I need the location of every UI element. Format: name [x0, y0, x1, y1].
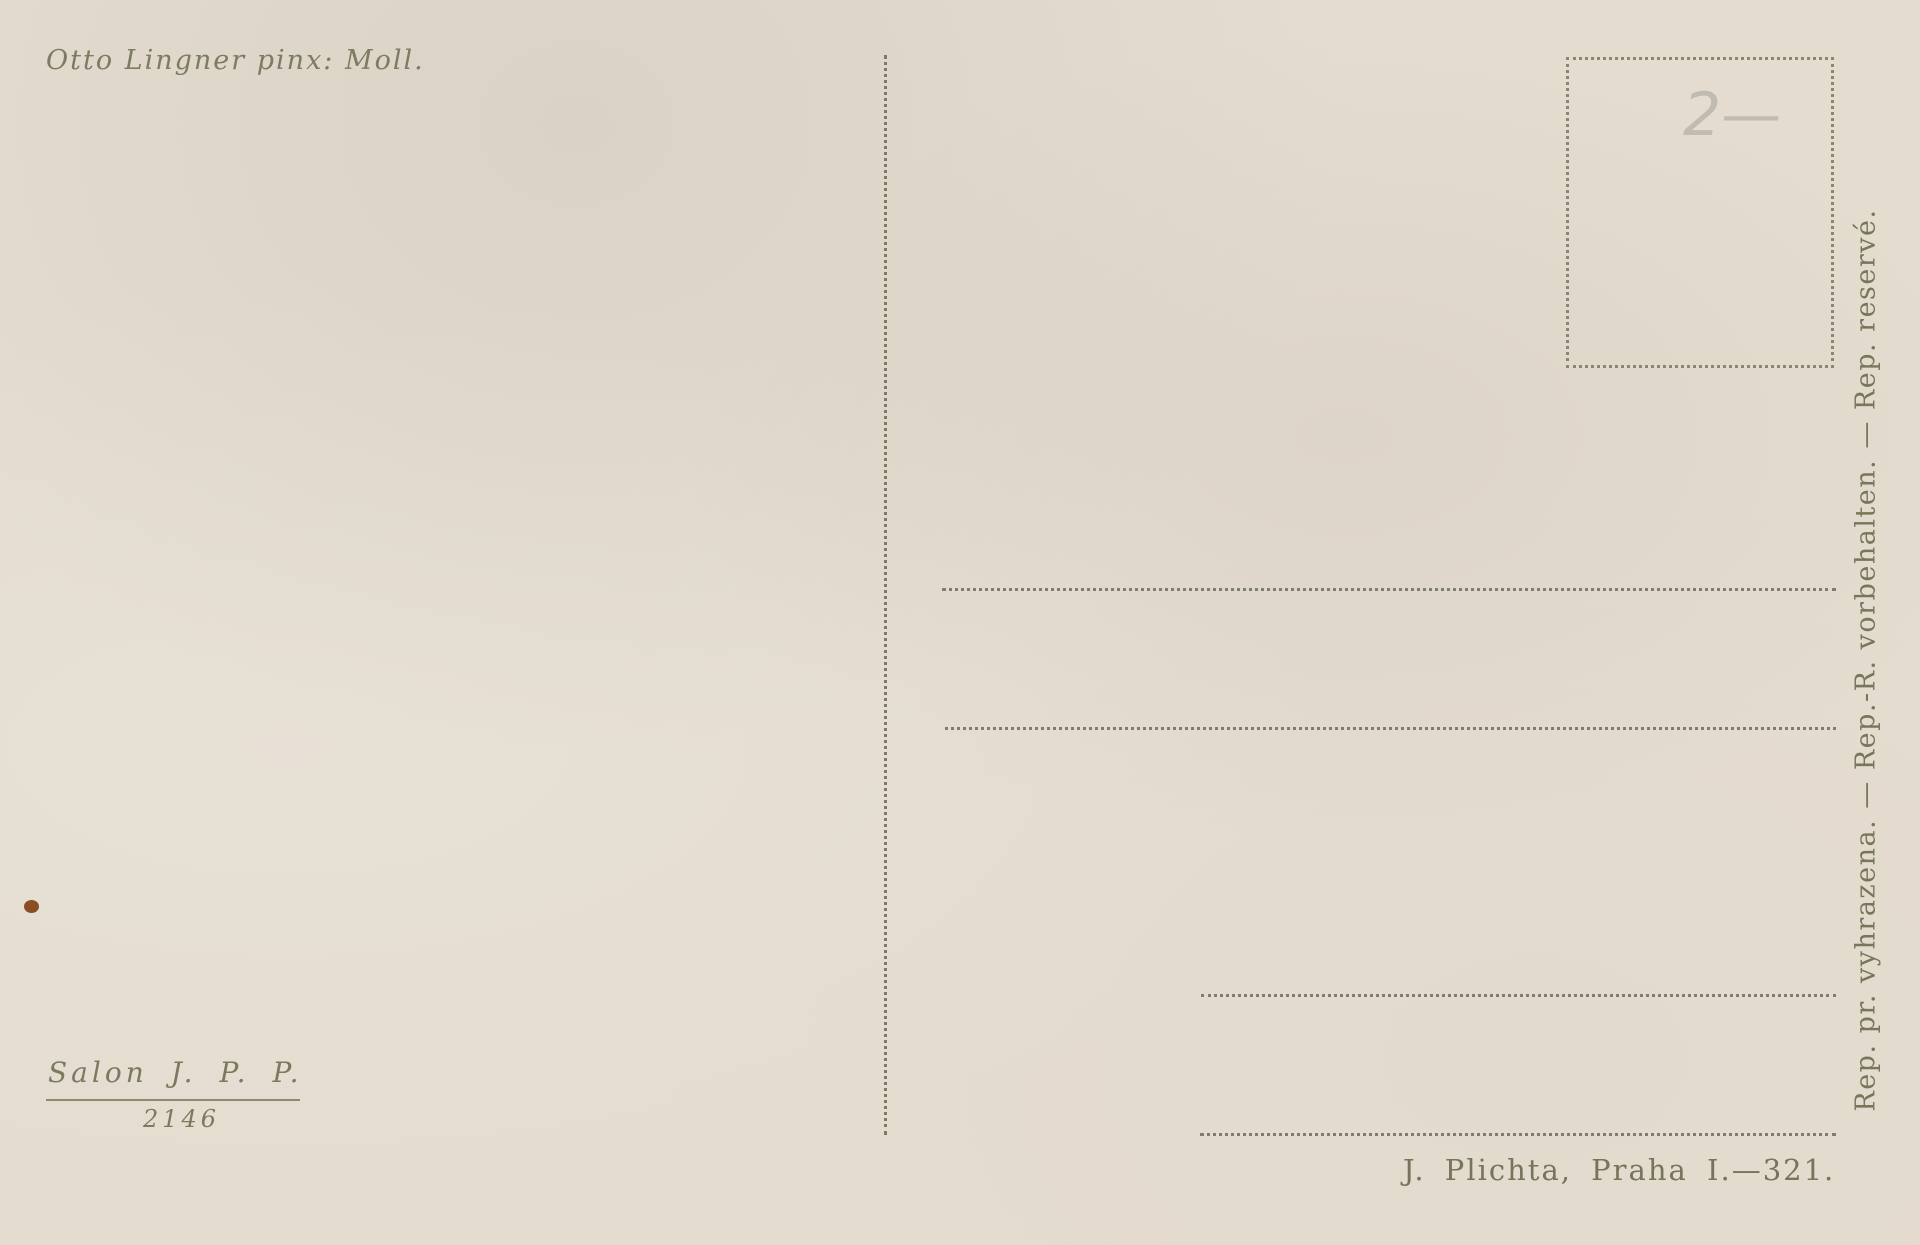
- address-line-1: [942, 588, 1836, 591]
- message-address-divider: [884, 55, 887, 1135]
- pencil-mark: 2—: [1683, 80, 1781, 150]
- series-number: 2146: [143, 1105, 220, 1133]
- artist-credit: Otto Lingner pinx: Moll.: [46, 45, 425, 76]
- rights-notice: Rep. pr. vyhrazena. — Rep.-R. vorbehalte…: [1851, 208, 1882, 1111]
- address-line-4: [1200, 1133, 1836, 1136]
- series-label: Salon J. P. P.: [48, 1056, 303, 1089]
- address-line-2: [945, 727, 1836, 730]
- postcard-back: Otto Lingner pinx: Moll. 2— Rep. pr. vyh…: [0, 0, 1920, 1245]
- address-line-3: [1201, 994, 1836, 997]
- publisher-imprint: J. Plichta, Praha I.—321.: [1403, 1153, 1835, 1187]
- stain-spot: [24, 900, 39, 913]
- series-rule: [46, 1099, 300, 1101]
